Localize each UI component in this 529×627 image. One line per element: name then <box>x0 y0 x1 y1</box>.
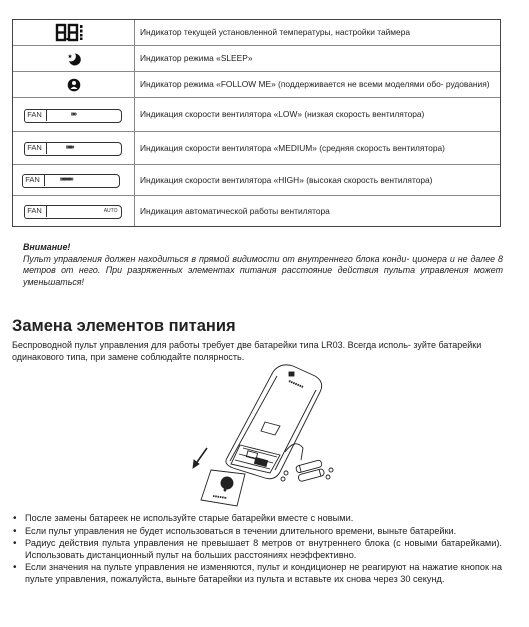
fan-auto-icon: FAN AUTO <box>21 204 127 218</box>
follow-me-person-icon <box>67 78 81 92</box>
sleep-moon-icon <box>66 51 82 67</box>
indicator-description: Индикация автоматической работы вентилят… <box>135 196 500 226</box>
fan-label: FAN <box>22 174 45 186</box>
fan-speed-chevrons: »»» <box>71 109 75 121</box>
indicator-table: Индикатор текущей установленной температ… <box>12 19 501 227</box>
indicator-icon-cell: FAN »»»»» <box>13 132 135 164</box>
list-item: Радиус действия пульта управления не пре… <box>12 538 502 561</box>
fan-low-icon: FAN »»» <box>21 108 127 122</box>
table-row: FAN »»»»» Индикация скорости вентилятора… <box>13 132 500 165</box>
fan-label: FAN <box>24 205 47 217</box>
indicator-icon-cell: FAN AUTO <box>13 196 135 226</box>
list-item: Если пульт управления не будет использов… <box>12 526 502 538</box>
list-item: После замены батареек не используйте ста… <box>12 513 502 525</box>
section-heading: Замена элементов питания <box>12 317 236 336</box>
fan-label: FAN <box>24 109 47 121</box>
indicator-icon-cell <box>13 72 135 97</box>
fan-high-icon: FAN »»»»»»»»» <box>19 173 125 187</box>
indicator-icon-cell <box>13 20 135 45</box>
indicator-description: Индикатор текущей установленной температ… <box>135 20 500 45</box>
indicator-icon-cell: FAN »»»»»»»»» <box>13 165 135 195</box>
warning-note: Внимание! Пульт управления должен находи… <box>23 242 503 288</box>
table-row: FAN »»»»»»»»» Индикация скорости вентиля… <box>13 165 500 196</box>
indicator-description: Индикация скорости вентилятора «MEDIUM» … <box>135 132 500 164</box>
table-row: Индикатор режима «SLEEP» <box>13 46 500 72</box>
table-row: FAN AUTO Индикация автоматической работы… <box>13 196 500 226</box>
temperature-timer-display-icon <box>54 23 94 43</box>
fan-label: FAN <box>24 142 47 154</box>
fan-auto-label: AUTO <box>104 205 118 217</box>
indicator-icon-cell <box>13 46 135 71</box>
fan-speed-chevrons: »»»»»»»»» <box>60 174 72 186</box>
indicator-description: Индикация скорости вентилятора «HIGH» (в… <box>135 165 500 195</box>
table-row: Индикатор текущей установленной температ… <box>13 20 500 46</box>
table-row: Индикатор режима «FOLLOW ME» (поддержива… <box>13 72 500 98</box>
table-row: FAN »»» Индикация скорости вентилятора «… <box>13 98 500 132</box>
remote-battery-replacement-illustration <box>185 360 350 508</box>
battery-tips-list: После замены батареек не используйте ста… <box>12 513 502 587</box>
warning-body: Пульт управления должен находиться в пря… <box>23 254 503 289</box>
fan-speed-chevrons: »»»»» <box>66 142 72 154</box>
indicator-description: Индикатор режима «SLEEP» <box>135 46 500 71</box>
indicator-description: Индикация скорости вентилятора «LOW» (ни… <box>135 98 500 131</box>
warning-title: Внимание! <box>23 242 503 254</box>
list-item: Если значения на пульте управления не из… <box>12 562 502 585</box>
indicator-icon-cell: FAN »»» <box>13 98 135 131</box>
indicator-description: Индикатор режима «FOLLOW ME» (поддержива… <box>135 72 500 97</box>
fan-medium-icon: FAN »»»»» <box>21 141 127 155</box>
